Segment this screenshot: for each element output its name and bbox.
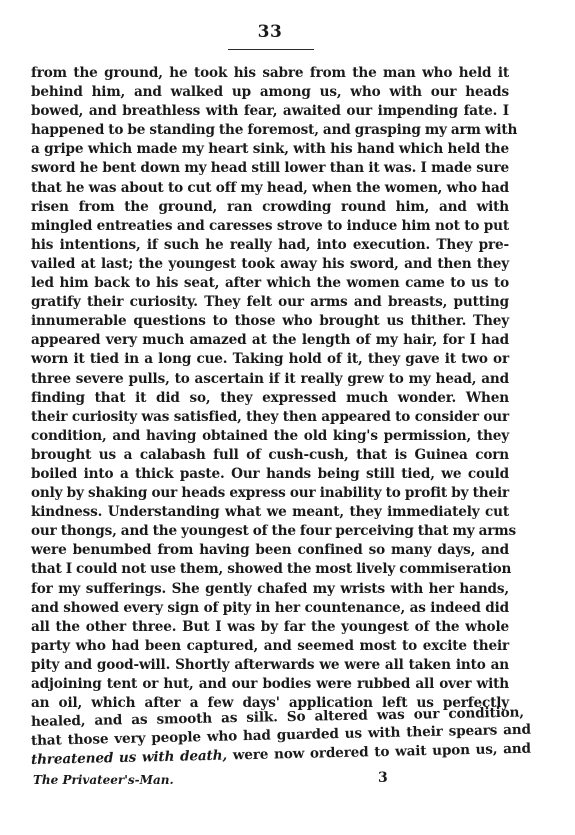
text-line: our thongs, and the youngest of the four… bbox=[31, 522, 509, 541]
text-line: were benumbed from having been confined … bbox=[31, 541, 509, 560]
text-line: appeared very much amazed at the length … bbox=[31, 331, 509, 350]
text-line: gratify their curiosity. They felt our a… bbox=[31, 293, 509, 312]
text-line: all the other three. But I was by far th… bbox=[31, 618, 509, 637]
text-line: mingled entreaties and caresses strove t… bbox=[31, 217, 509, 236]
text-line: his intentions, if such he really had, i… bbox=[31, 236, 509, 255]
text-line: vailed at last; the youngest took away h… bbox=[31, 255, 509, 274]
italic-phrase: threatened us with death, bbox=[31, 748, 227, 768]
text-line: bowed, and breathless with fear, awaited… bbox=[31, 102, 509, 121]
text-line: adjoining tent or hut, and our bodies we… bbox=[31, 675, 509, 694]
text-line: a gripe which made my heart sink, with h… bbox=[31, 140, 509, 159]
text-line: risen from the ground, ran crowding roun… bbox=[31, 198, 509, 217]
text-line: boiled into a thick paste. Our hands bei… bbox=[31, 465, 509, 484]
text-line: for my sufferings. She gently chafed my … bbox=[31, 580, 509, 599]
page-number-rule bbox=[228, 49, 314, 50]
text-line: happened to be standing the foremost, an… bbox=[31, 121, 509, 140]
text-line: kindness. Understanding what we meant, t… bbox=[31, 503, 509, 522]
text-line: pity and good-will. Shortly afterwards w… bbox=[31, 656, 509, 675]
text-line: brought us a calabash full of cush-cush,… bbox=[31, 446, 509, 465]
text-line: condition, and having obtained the old k… bbox=[31, 427, 509, 446]
running-footer: The Privateer's-Man. bbox=[33, 773, 433, 787]
text-line: and showed every sign of pity in her cou… bbox=[31, 599, 509, 618]
text-line: three severe pulls, to ascertain if it r… bbox=[31, 370, 509, 389]
text-line: only by shaking our heads express our in… bbox=[31, 484, 509, 503]
text-line: led him back to his seat, after which th… bbox=[31, 274, 509, 293]
text-line: that he was about to cut off my head, wh… bbox=[31, 179, 509, 198]
text-line: party who had been captured, and seemed … bbox=[31, 637, 509, 656]
text-line: worn it tied in a long cue. Taking hold … bbox=[31, 350, 509, 369]
body-text: from the ground, he took his sabre from … bbox=[31, 64, 509, 770]
text-line: sword he bent down my head still lower t… bbox=[31, 159, 509, 178]
text-line: their curiosity was satisfied, they then… bbox=[31, 408, 509, 427]
text-line: finding that it did so, they expressed m… bbox=[31, 389, 509, 408]
text-line: from the ground, he took his sabre from … bbox=[31, 64, 509, 83]
text-line: innumerable questions to those who broug… bbox=[31, 312, 509, 331]
text-line: that I could not use them, showed the mo… bbox=[31, 560, 509, 579]
page-number: 33 bbox=[0, 22, 540, 42]
text-line: behind him, and walked up among us, who … bbox=[31, 83, 509, 102]
signature-mark: 3 bbox=[378, 770, 388, 786]
